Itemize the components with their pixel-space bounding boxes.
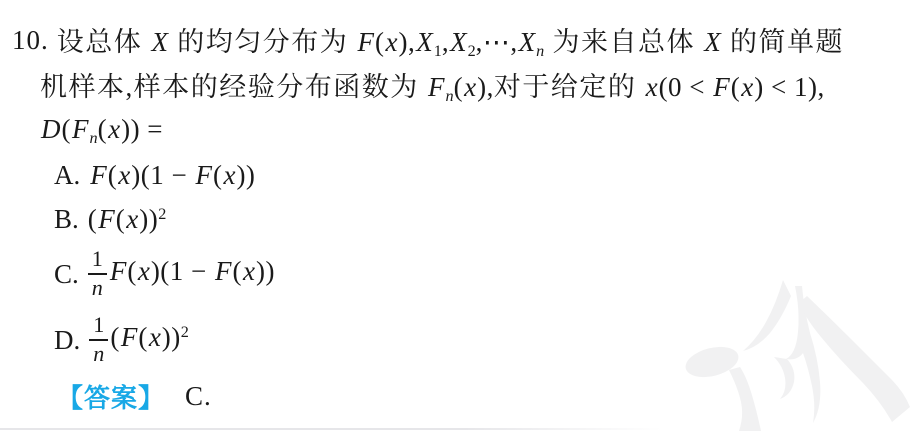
answer-value: C. (185, 381, 212, 412)
answer-row: 【答案】 C. (0, 373, 919, 419)
text-segment: x (117, 160, 131, 190)
text-segment: X (151, 27, 170, 57)
text-segment: x (385, 27, 399, 57)
question-line-3: D(Fn(x)) = (0, 108, 919, 153)
option-a: A. F(x)(1 − F(x)) (0, 153, 919, 197)
text-segment: F (194, 160, 213, 190)
text-segment: x (242, 256, 256, 286)
text-segment: x (125, 204, 139, 234)
text-segment: ( (62, 114, 72, 144)
text-segment: ( (138, 322, 148, 352)
text-segment: , (442, 27, 449, 57)
bottom-divider (0, 428, 662, 430)
option-c: C. 1nF(x)(1 − F(x)) (0, 241, 919, 307)
text-segment: 对于给定的 (494, 72, 645, 102)
question-line-1: 10. 设总体 X 的均匀分布为 F(x),X1,X2,⋯,Xn 为来自总体 X… (0, 18, 919, 63)
question-line-2: 机样本,样本的经验分布函数为 Fn(x),对于给定的 x(0 < F(x) < … (0, 63, 919, 108)
question-number: 10. (12, 25, 49, 56)
text-segment: )(1 − (131, 160, 194, 190)
text-segment: X (703, 27, 722, 57)
text-segment: x (645, 72, 659, 102)
text-segment: ), (477, 72, 494, 102)
text-segment: ( (116, 204, 126, 234)
text-segment: )(1 − (151, 256, 214, 286)
text-segment: x (137, 256, 151, 286)
text-segment: F (712, 72, 731, 102)
text-segment: 设总体 (57, 27, 151, 57)
option-c-formula: 1nF(x)(1 − F(x)) (88, 247, 275, 301)
text-segment: X (518, 27, 537, 57)
question-block: 10. 设总体 X 的均匀分布为 F(x),X1,X2,⋯,Xn 为来自总体 X… (0, 0, 919, 419)
option-d-label: D. (54, 325, 80, 356)
exam-question-page: 10. 设总体 X 的均匀分布为 F(x),X1,X2,⋯,Xn 为来自总体 X… (0, 0, 919, 431)
answer-tag: 【答案】 (57, 378, 165, 415)
option-b-label: B. (54, 204, 79, 235)
question-line-2-text: 机样本,样本的经验分布函数为 Fn(x),对于给定的 x(0 < F(x) < … (40, 65, 825, 106)
text-segment: )) (162, 322, 181, 352)
text-segment: ( (127, 256, 137, 286)
text-segment: n (90, 128, 98, 146)
text-segment: F (109, 256, 128, 286)
fraction-numerator: 1 (88, 247, 107, 275)
option-d-formula: 1n(F(x))2 (89, 313, 189, 367)
text-segment: F (427, 72, 446, 102)
fraction-numerator: 1 (89, 313, 108, 341)
question-line-1-text: 设总体 X 的均匀分布为 F(x),X1,X2,⋯,Xn 为来自总体 X 的简单… (57, 20, 844, 61)
text-segment: x (740, 72, 754, 102)
text-segment: ,⋯, (476, 27, 518, 57)
fraction: 1n (89, 313, 108, 367)
text-segment: ( (110, 322, 120, 352)
text-segment: F (120, 322, 139, 352)
option-a-label: A. (54, 160, 80, 191)
text-segment: ( (88, 204, 98, 234)
option-d: D. 1n(F(x))2 (0, 307, 919, 373)
text-segment: ( (233, 256, 243, 286)
text-segment: 2 (158, 205, 166, 223)
text-segment: ( (108, 160, 118, 190)
fraction-denominator: n (92, 275, 103, 301)
text-segment: 机样本,样本的经验分布函数为 (40, 72, 427, 102)
fraction: 1n (88, 247, 107, 301)
text-segment: 为来自总体 (544, 27, 703, 57)
fraction-denominator: n (93, 341, 104, 367)
text-segment: X (449, 27, 468, 57)
text-segment: )) = (121, 114, 163, 144)
text-segment: 1 (434, 42, 442, 60)
option-c-label: C. (54, 259, 79, 290)
question-line-3-text: D(Fn(x)) = (40, 114, 163, 148)
text-segment: F (357, 27, 376, 57)
text-segment: 的均匀分布为 (169, 27, 357, 57)
text-segment: ), (398, 27, 415, 57)
text-segment: ( (98, 114, 108, 144)
text-segment: ) < 1), (754, 72, 824, 102)
text-segment: )) (236, 160, 255, 190)
text-segment: (0 < (659, 72, 713, 102)
option-b-formula: (F(x))2 (88, 204, 167, 235)
text-segment: ( (375, 27, 385, 57)
text-segment: x (222, 160, 236, 190)
text-segment: 2 (181, 323, 189, 341)
text-segment: F (97, 204, 116, 234)
text-segment: n (446, 87, 454, 105)
text-segment: F (89, 160, 108, 190)
text-segment: )) (256, 256, 275, 286)
text-segment: x (148, 322, 162, 352)
text-segment: x (463, 72, 477, 102)
text-segment: 的简单题 (722, 27, 844, 57)
text-segment: F (214, 256, 233, 286)
text-segment: F (71, 114, 90, 144)
text-segment: ( (454, 72, 464, 102)
text-segment: D (40, 114, 62, 144)
text-segment: x (107, 114, 121, 144)
option-b: B. (F(x))2 (0, 197, 919, 241)
text-segment: 2 (468, 42, 476, 60)
text-segment: )) (139, 204, 158, 234)
text-segment: X (415, 27, 434, 57)
option-a-formula: F(x)(1 − F(x)) (89, 160, 255, 191)
text-segment: ( (731, 72, 741, 102)
